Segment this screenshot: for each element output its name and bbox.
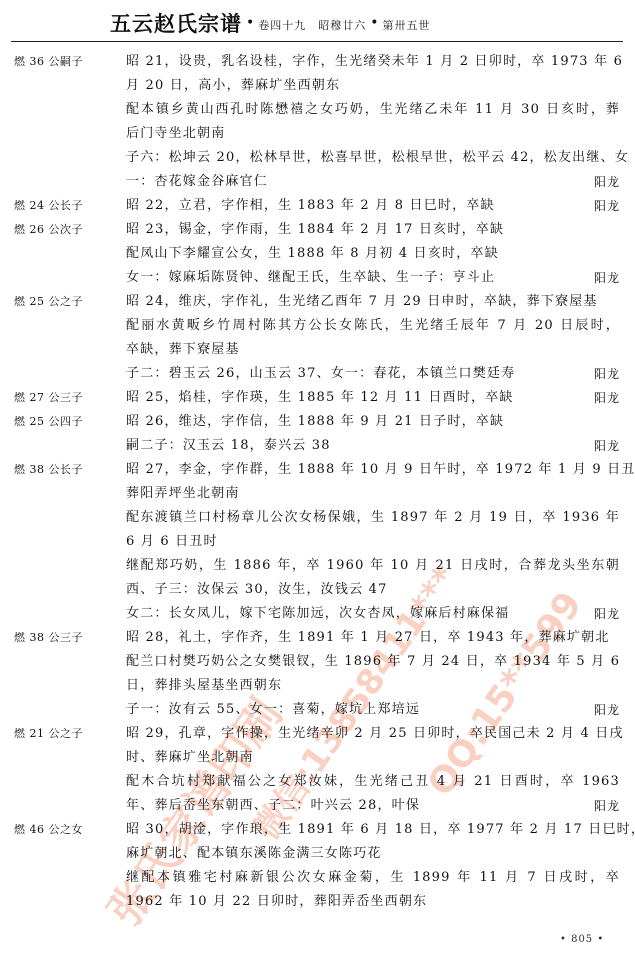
entry-lineage-label: 燃 38 公三子 xyxy=(14,626,83,650)
genealogy-page: 张氏家谱印刷 微信:13858411*** QQ:15**599 五云赵氏宗谱•… xyxy=(0,0,635,968)
entry-lineage-label: 燃 25 公之子 xyxy=(14,290,83,314)
entry-text: 葬阳弄坪坐北朝南 xyxy=(126,486,240,501)
place-name: 阳龙 xyxy=(594,698,620,722)
entry-body: 昭 24，维庆，字作礼，生光绪乙酉年 7 月 29 日申时，卒缺，葬下寮屋基配丽… xyxy=(126,290,620,386)
entry-body: 昭 22，立君，字作相，生 1883 年 2 月 8 日巳时，卒缺阳龙 xyxy=(126,194,620,218)
entry-text: 子一：汝有云 55、女一：喜菊，嫁坑上郑培远 xyxy=(126,702,420,717)
genealogy-entry: 燃 25 公之子昭 24，维庆，字作礼，生光绪乙酉年 7 月 29 日申时，卒缺… xyxy=(0,290,635,386)
entry-body: 昭 25，焰桂，字作瑛，生 1885 年 12 月 11 日酉时，卒缺阳龙 xyxy=(126,386,620,410)
entry-text: 嗣二子：汉玉云 18，泰兴云 38 xyxy=(126,438,331,453)
place-name: 阳龙 xyxy=(594,266,620,290)
entry-text: 继配郑巧奶，生 1886 年，卒 1960 年 10 月 21 日戌时，合葬龙头… xyxy=(126,558,620,573)
entry-text-line: 年、葬后岙坐东朝西、子二：叶兴云 28，叶保阳龙 xyxy=(126,794,620,818)
entry-lineage-label: 燃 21 公之子 xyxy=(14,722,83,746)
entry-text: 昭 24，维庆，字作礼，生光绪乙酉年 7 月 29 日申时，卒缺，葬下寮屋基 xyxy=(126,294,598,309)
entry-body: 昭 23，锡金，字作雨，生 1884 年 2 月 17 日亥时，卒缺配凤山下李耀… xyxy=(126,218,620,290)
entry-text: 子六：松坤云 20，松林早世，松喜早世，松根早世，松平云 42，松友出继、女 xyxy=(126,150,629,165)
entry-text-line: 子一：汝有云 55、女一：喜菊，嫁坑上郑培远阳龙 xyxy=(126,698,620,722)
entry-text-line: 6 月 6 日丑时 xyxy=(126,530,620,554)
entry-text: 配凤山下李耀宣公女，生 1888 年 8 月初 4 日亥时，卒缺 xyxy=(126,246,499,261)
entry-body: 昭 26，维达，字作信，生 1888 年 9 月 21 日子时，卒缺嗣二子：汉玉… xyxy=(126,410,620,458)
entry-text: 昭 26，维达，字作信，生 1888 年 9 月 21 日子时，卒缺 xyxy=(126,414,504,429)
entry-text: 昭 23，锡金，字作雨，生 1884 年 2 月 17 日亥时，卒缺 xyxy=(126,222,504,237)
entry-text-line: 女一：嫁麻垢陈贤钟、继配王氏，生卒缺、生一子：亨斗止阳龙 xyxy=(126,266,620,290)
page-header: 五云赵氏宗谱•卷四十九 昭穆廿六•第卅五世 xyxy=(0,0,635,42)
entry-text: 配兰口村樊巧奶公之女樊银钗，生 1896 年 7 月 24 日，卒 1934 年… xyxy=(126,654,620,669)
entry-text: 昭 27，李金，字作群，生 1888 年 10 月 9 日午时，卒 1972 年… xyxy=(126,462,635,477)
genealogy-entry: 燃 36 公嗣子昭 21，设贵，乳名设桂，字作，生光绪癸未年 1 月 2 日卯时… xyxy=(0,50,635,194)
entry-text-line: 昭 21，设贵，乳名设桂，字作，生光绪癸未年 1 月 2 日卯时，卒 1973 … xyxy=(126,50,620,74)
genealogy-entry: 燃 38 公长子昭 27，李金，字作群，生 1888 年 10 月 9 日午时，… xyxy=(0,458,635,626)
genealogy-entry: 燃 21 公之子昭 29，孔章，字作操，生光绪辛卯 2 月 25 日卯时，卒民国… xyxy=(0,722,635,818)
entry-lineage-label: 燃 46 公之女 xyxy=(14,818,83,842)
entry-text-line: 葬阳弄坪坐北朝南 xyxy=(126,482,620,506)
place-name: 阳龙 xyxy=(594,386,620,410)
entry-lineage-label: 燃 24 公长子 xyxy=(14,194,83,218)
entry-text: 昭 28，礼土，字作齐，生 1891 年 1 月 27 日，卒 1943 年，葬… xyxy=(126,630,610,645)
volume-label: 卷四十九 昭穆廿六 xyxy=(258,19,366,32)
entry-text: 配东渡镇兰口村杨章儿公次女杨保娥，生 1897 年 2 月 19 日，卒 193… xyxy=(126,510,620,525)
entry-text-line: 日，葬排头屋基坐西朝东 xyxy=(126,674,620,698)
genealogy-entry: 燃 38 公三子昭 28，礼土，字作齐，生 1891 年 1 月 27 日，卒 … xyxy=(0,626,635,722)
page-number: • 805 • xyxy=(560,934,604,945)
entry-text: 6 月 6 日丑时 xyxy=(126,534,218,549)
entry-text: 一：杏花嫁金谷麻官仁 xyxy=(126,174,268,189)
entry-text-line: 子六：松坤云 20，松林早世，松喜早世，松根早世，松平云 42，松友出继、女 xyxy=(126,146,620,170)
entry-text-line: 昭 23，锡金，字作雨，生 1884 年 2 月 17 日亥时，卒缺 xyxy=(126,218,620,242)
entry-text: 日，葬排头屋基坐西朝东 xyxy=(126,678,282,693)
entry-lineage-label: 燃 26 公次子 xyxy=(14,218,83,242)
entry-text: 昭 30，胡淦，字作琅，生 1891 年 6 月 18 日，卒 1977 年 2… xyxy=(126,822,635,837)
entry-body: 昭 29，孔章，字作操，生光绪辛卯 2 月 25 日卯时，卒民国己未 2 月 4… xyxy=(126,722,620,818)
entry-lineage-label: 燃 25 公四子 xyxy=(14,410,83,434)
entry-text-line: 嗣二子：汉玉云 18，泰兴云 38阳龙 xyxy=(126,434,620,458)
entry-text-line: 女二：长女凤儿，嫁下宅陈加远，次女杏凤，嫁麻后村麻保福阳龙 xyxy=(126,602,620,626)
entry-text-line: 配凤山下李耀宣公女，生 1888 年 8 月初 4 日亥时，卒缺 xyxy=(126,242,620,266)
entry-text-line: 1962 年 10 月 22 日卯时，葬阳弄岙坐西朝东 xyxy=(126,890,620,914)
entry-text-line: 时、葬麻圹坐北朝南 xyxy=(126,746,620,770)
entry-text: 1962 年 10 月 22 日卯时，葬阳弄岙坐西朝东 xyxy=(126,894,427,909)
entry-text: 继配本镇雅宅村麻新银公次女麻金菊，生 1899 年 11 月 7 日戌时，卒 xyxy=(126,870,620,885)
entry-text-line: 配丽水黄畈乡竹周村陈其方公长女陈氏，生光绪壬辰年 7 月 20 日辰时， xyxy=(126,314,620,338)
place-name: 阳龙 xyxy=(594,434,620,458)
entry-text: 昭 25，焰桂，字作瑛，生 1885 年 12 月 11 日酉时，卒缺 xyxy=(126,390,514,405)
entry-text-line: 昭 26，维达，字作信，生 1888 年 9 月 21 日子时，卒缺 xyxy=(126,410,620,434)
entry-text-line: 昭 27，李金，字作群，生 1888 年 10 月 9 日午时，卒 1972 年… xyxy=(126,458,620,482)
entry-text: 女二：长女凤儿，嫁下宅陈加远，次女杏凤，嫁麻后村麻保福 xyxy=(126,606,509,621)
place-name: 阳龙 xyxy=(594,794,620,818)
entry-body: 昭 30，胡淦，字作琅，生 1891 年 6 月 18 日，卒 1977 年 2… xyxy=(126,818,620,914)
entry-text: 子二：碧玉云 26，山玉云 37、女一：春花，本镇兰口樊廷寿 xyxy=(126,366,515,381)
genealogy-entry: 燃 24 公长子昭 22，立君，字作相，生 1883 年 2 月 8 日巳时，卒… xyxy=(0,194,635,218)
entry-text-line: 配木合坑村郑献福公之女郑汝妹，生光绪己丑 4 月 21 日酉时，卒 1963 xyxy=(126,770,620,794)
genealogy-entry: 燃 46 公之女昭 30，胡淦，字作琅，生 1891 年 6 月 18 日，卒 … xyxy=(0,818,635,914)
entry-text-line: 配东渡镇兰口村杨章儿公次女杨保娥，生 1897 年 2 月 19 日，卒 193… xyxy=(126,506,620,530)
entry-text: 昭 29，孔章，字作操，生光绪辛卯 2 月 25 日卯时，卒民国己未 2 月 4… xyxy=(126,726,624,741)
entry-text-line: 卒缺，葬下寮屋基 xyxy=(126,338,620,362)
entry-lineage-label: 燃 27 公三子 xyxy=(14,386,83,410)
place-name: 阳龙 xyxy=(594,194,620,218)
entry-text-line: 子二：碧玉云 26，山玉云 37、女一：春花，本镇兰口樊廷寿阳龙 xyxy=(126,362,620,386)
header-separator: • xyxy=(370,15,378,31)
header-separator: • xyxy=(246,15,254,31)
entry-text: 卒缺，葬下寮屋基 xyxy=(126,342,240,357)
entry-text-line: 昭 24，维庆，字作礼，生光绪乙酉年 7 月 29 日申时，卒缺，葬下寮屋基 xyxy=(126,290,620,314)
entry-text-line: 昭 30，胡淦，字作琅，生 1891 年 6 月 18 日，卒 1977 年 2… xyxy=(126,818,620,842)
entry-text-line: 配本镇乡黄山西孔时陈懋禧之女巧奶，生光绪乙未年 11 月 30 日亥时，葬 xyxy=(126,98,620,122)
entry-text: 配丽水黄畈乡竹周村陈其方公长女陈氏，生光绪壬辰年 7 月 20 日辰时， xyxy=(126,318,620,333)
entry-text-line: 麻圹朝北、配本镇东溪陈金满三女陈巧花 xyxy=(126,842,620,866)
entry-text: 昭 22，立君，字作相，生 1883 年 2 月 8 日巳时，卒缺 xyxy=(126,198,495,213)
entry-text: 后门寺坐北朝南 xyxy=(126,126,225,141)
place-name: 阳龙 xyxy=(594,170,620,194)
entry-body: 昭 27，李金，字作群，生 1888 年 10 月 9 日午时，卒 1972 年… xyxy=(126,458,620,626)
genealogy-entry: 燃 25 公四子昭 26，维达，字作信，生 1888 年 9 月 21 日子时，… xyxy=(0,410,635,458)
entry-lineage-label: 燃 38 公长子 xyxy=(14,458,83,482)
entry-text-line: 昭 25，焰桂，字作瑛，生 1885 年 12 月 11 日酉时，卒缺阳龙 xyxy=(126,386,620,410)
entry-text: 配本镇乡黄山西孔时陈懋禧之女巧奶，生光绪乙未年 11 月 30 日亥时，葬 xyxy=(126,102,620,117)
entry-lineage-label: 燃 36 公嗣子 xyxy=(14,50,83,74)
entry-text-line: 西、子三：汝保云 30，汝生，汝钱云 47 xyxy=(126,578,620,602)
book-title: 五云赵氏宗谱 xyxy=(110,11,242,36)
entry-text: 月 20 日，高小，葬麻圹坐西朝东 xyxy=(126,78,340,93)
entry-text-line: 继配郑巧奶，生 1886 年，卒 1960 年 10 月 21 日戌时，合葬龙头… xyxy=(126,554,620,578)
entry-text-line: 昭 22，立君，字作相，生 1883 年 2 月 8 日巳时，卒缺阳龙 xyxy=(126,194,620,218)
genealogy-entry: 燃 26 公次子昭 23，锡金，字作雨，生 1884 年 2 月 17 日亥时，… xyxy=(0,218,635,290)
entry-text: 时、葬麻圹坐北朝南 xyxy=(126,750,254,765)
entry-text-line: 配兰口村樊巧奶公之女樊银钗，生 1896 年 7 月 24 日，卒 1934 年… xyxy=(126,650,620,674)
entry-text-line: 月 20 日，高小，葬麻圹坐西朝东 xyxy=(126,74,620,98)
entry-text: 年、葬后岙坐东朝西、子二：叶兴云 28，叶保 xyxy=(126,798,420,813)
entry-text: 昭 21，设贵，乳名设桂，字作，生光绪癸未年 1 月 2 日卯时，卒 1973 … xyxy=(126,54,623,69)
entry-body: 昭 28，礼土，字作齐，生 1891 年 1 月 27 日，卒 1943 年，葬… xyxy=(126,626,620,722)
entry-text: 麻圹朝北、配本镇东溪陈金满三女陈巧花 xyxy=(126,846,382,861)
entry-text: 女一：嫁麻垢陈贤钟、继配王氏，生卒缺、生一子：亨斗止 xyxy=(126,270,495,285)
entry-text-line: 昭 28，礼土，字作齐，生 1891 年 1 月 27 日，卒 1943 年，葬… xyxy=(126,626,620,650)
entry-text: 配木合坑村郑献福公之女郑汝妹，生光绪己丑 4 月 21 日酉时，卒 1963 xyxy=(126,774,620,789)
place-name: 阳龙 xyxy=(594,602,620,626)
entry-text-line: 继配本镇雅宅村麻新银公次女麻金菊，生 1899 年 11 月 7 日戌时，卒 xyxy=(126,866,620,890)
genealogy-entry: 燃 27 公三子昭 25，焰桂，字作瑛，生 1885 年 12 月 11 日酉时… xyxy=(0,386,635,410)
generation-label: 第卅五世 xyxy=(383,19,431,32)
place-name: 阳龙 xyxy=(594,362,620,386)
entry-text: 西、子三：汝保云 30，汝生，汝钱云 47 xyxy=(126,582,388,597)
entry-text-line: 昭 29，孔章，字作操，生光绪辛卯 2 月 25 日卯时，卒民国己未 2 月 4… xyxy=(126,722,620,746)
entry-text-line: 一：杏花嫁金谷麻官仁阳龙 xyxy=(126,170,620,194)
header-divider xyxy=(11,41,623,42)
entry-text-line: 后门寺坐北朝南 xyxy=(126,122,620,146)
entry-body: 昭 21，设贵，乳名设桂，字作，生光绪癸未年 1 月 2 日卯时，卒 1973 … xyxy=(126,50,620,194)
entry-list: 燃 36 公嗣子昭 21，设贵，乳名设桂，字作，生光绪癸未年 1 月 2 日卯时… xyxy=(0,50,635,914)
